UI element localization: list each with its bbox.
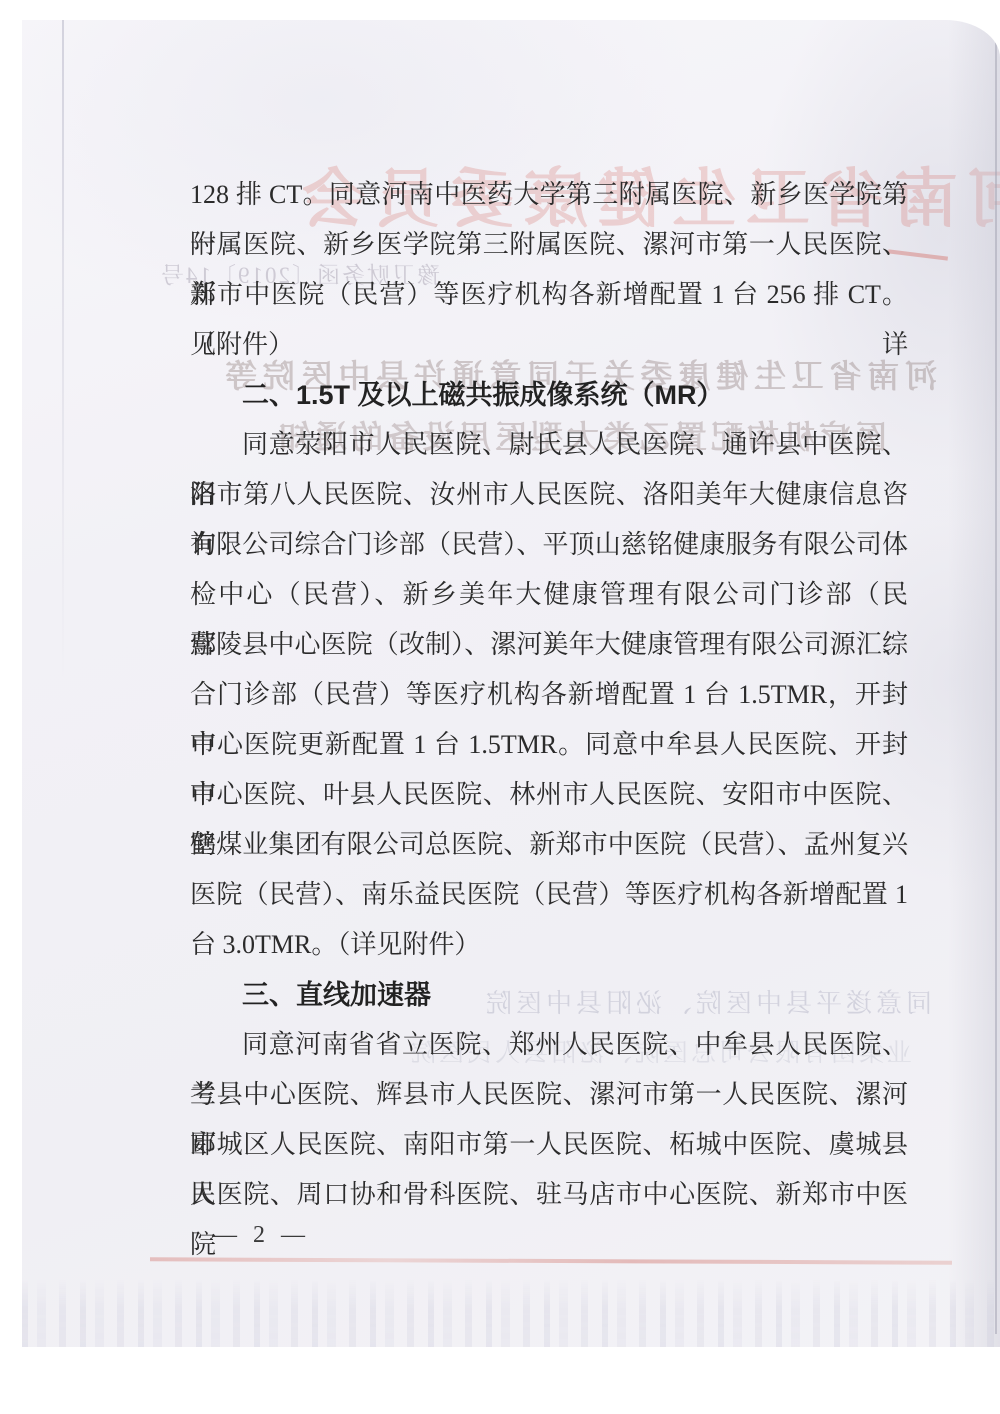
text-line: 阳市第八人民医院、汝州市人民医院、洛阳美年大健康信息咨询 [190,470,908,520]
section-heading: 三、直线加速器 [190,970,908,1020]
text-line: 128 排 CT。同意河南中医药大学第三附属医院、新乡医学院第一 [190,170,908,220]
paper-fold-line [62,20,64,680]
text-line: 民医院、周口协和骨科医院、驻马店市中心医院、新郑市中医院 [190,1170,908,1220]
text-line: 合门诊部（民营）等医疗机构各新增配置 1 台 1.5TMR，开封市 [190,670,908,720]
section-heading: 二、1.5T 及以上磁共振成像系统（MR） [190,370,908,420]
text-line: 同意河南省省立医院、郑州人民医院、中牟县人民医院、兰 [190,1020,908,1070]
scanned-page: 河南省卫生健康委员会 豫卫财务函〔2019〕14号 河南省卫生健康委关于同意通许… [22,20,1000,1347]
paper-bottom-texture [22,1279,1000,1347]
text-line: 中心医院更新配置 1 台 1.5TMR。同意中牟县人民医院、开封市 [190,720,908,770]
page-right-edge-line [995,34,997,1334]
document-body: 128 排 CT。同意河南中医药大学第三附属医院、新乡医学院第一附属医院、新乡医… [190,170,908,1220]
text-line: 鄢陵县中心医院（改制）、漯河美年大健康管理有限公司源汇综 [190,620,908,670]
text-line: 考县中心医院、辉县市人民医院、漯河市第一人民医院、漯河市 [190,1070,908,1120]
text-line: 台 3.0TMR。（详见附件） [190,920,908,970]
text-line: 郑市中医院（民营）等医疗机构各新增配置 1 台 256 排 CT。（详 [190,270,908,320]
page-number: — 2 — [213,1222,310,1249]
text-line: 附属医院、新乡医学院第三附属医院、漯河市第一人民医院、新 [190,220,908,270]
scan-canvas: { "document": { "page_number": "— 2 —", … [0,0,1000,1414]
text-line: 中心医院、叶县人民医院、林州市人民医院、安阳市中医院、鹤 [190,770,908,820]
text-line: 医院（民营）、南乐益民医院（民营）等医疗机构各新增配置 1 [190,870,908,920]
text-line: 检中心（民营）、新乡美年大健康管理有限公司门诊部（民营）、 [190,570,908,620]
text-line: 郾城区人民医院、南阳市第一人民医院、柘城中医院、虞城县人 [190,1120,908,1170]
text-line: 有限公司综合门诊部（民营）、平顶山慈铭健康服务有限公司体 [190,520,908,570]
text-line: 同意荥阳市人民医院、尉氏县人民医院、通许县中医院、洛 [190,420,908,470]
bleedthrough-pink-rule [150,1257,952,1264]
text-line: 壁煤业集团有限公司总医院、新郑市中医院（民营）、孟州复兴 [190,820,908,870]
page-right-edge-shadow [948,20,1000,1347]
